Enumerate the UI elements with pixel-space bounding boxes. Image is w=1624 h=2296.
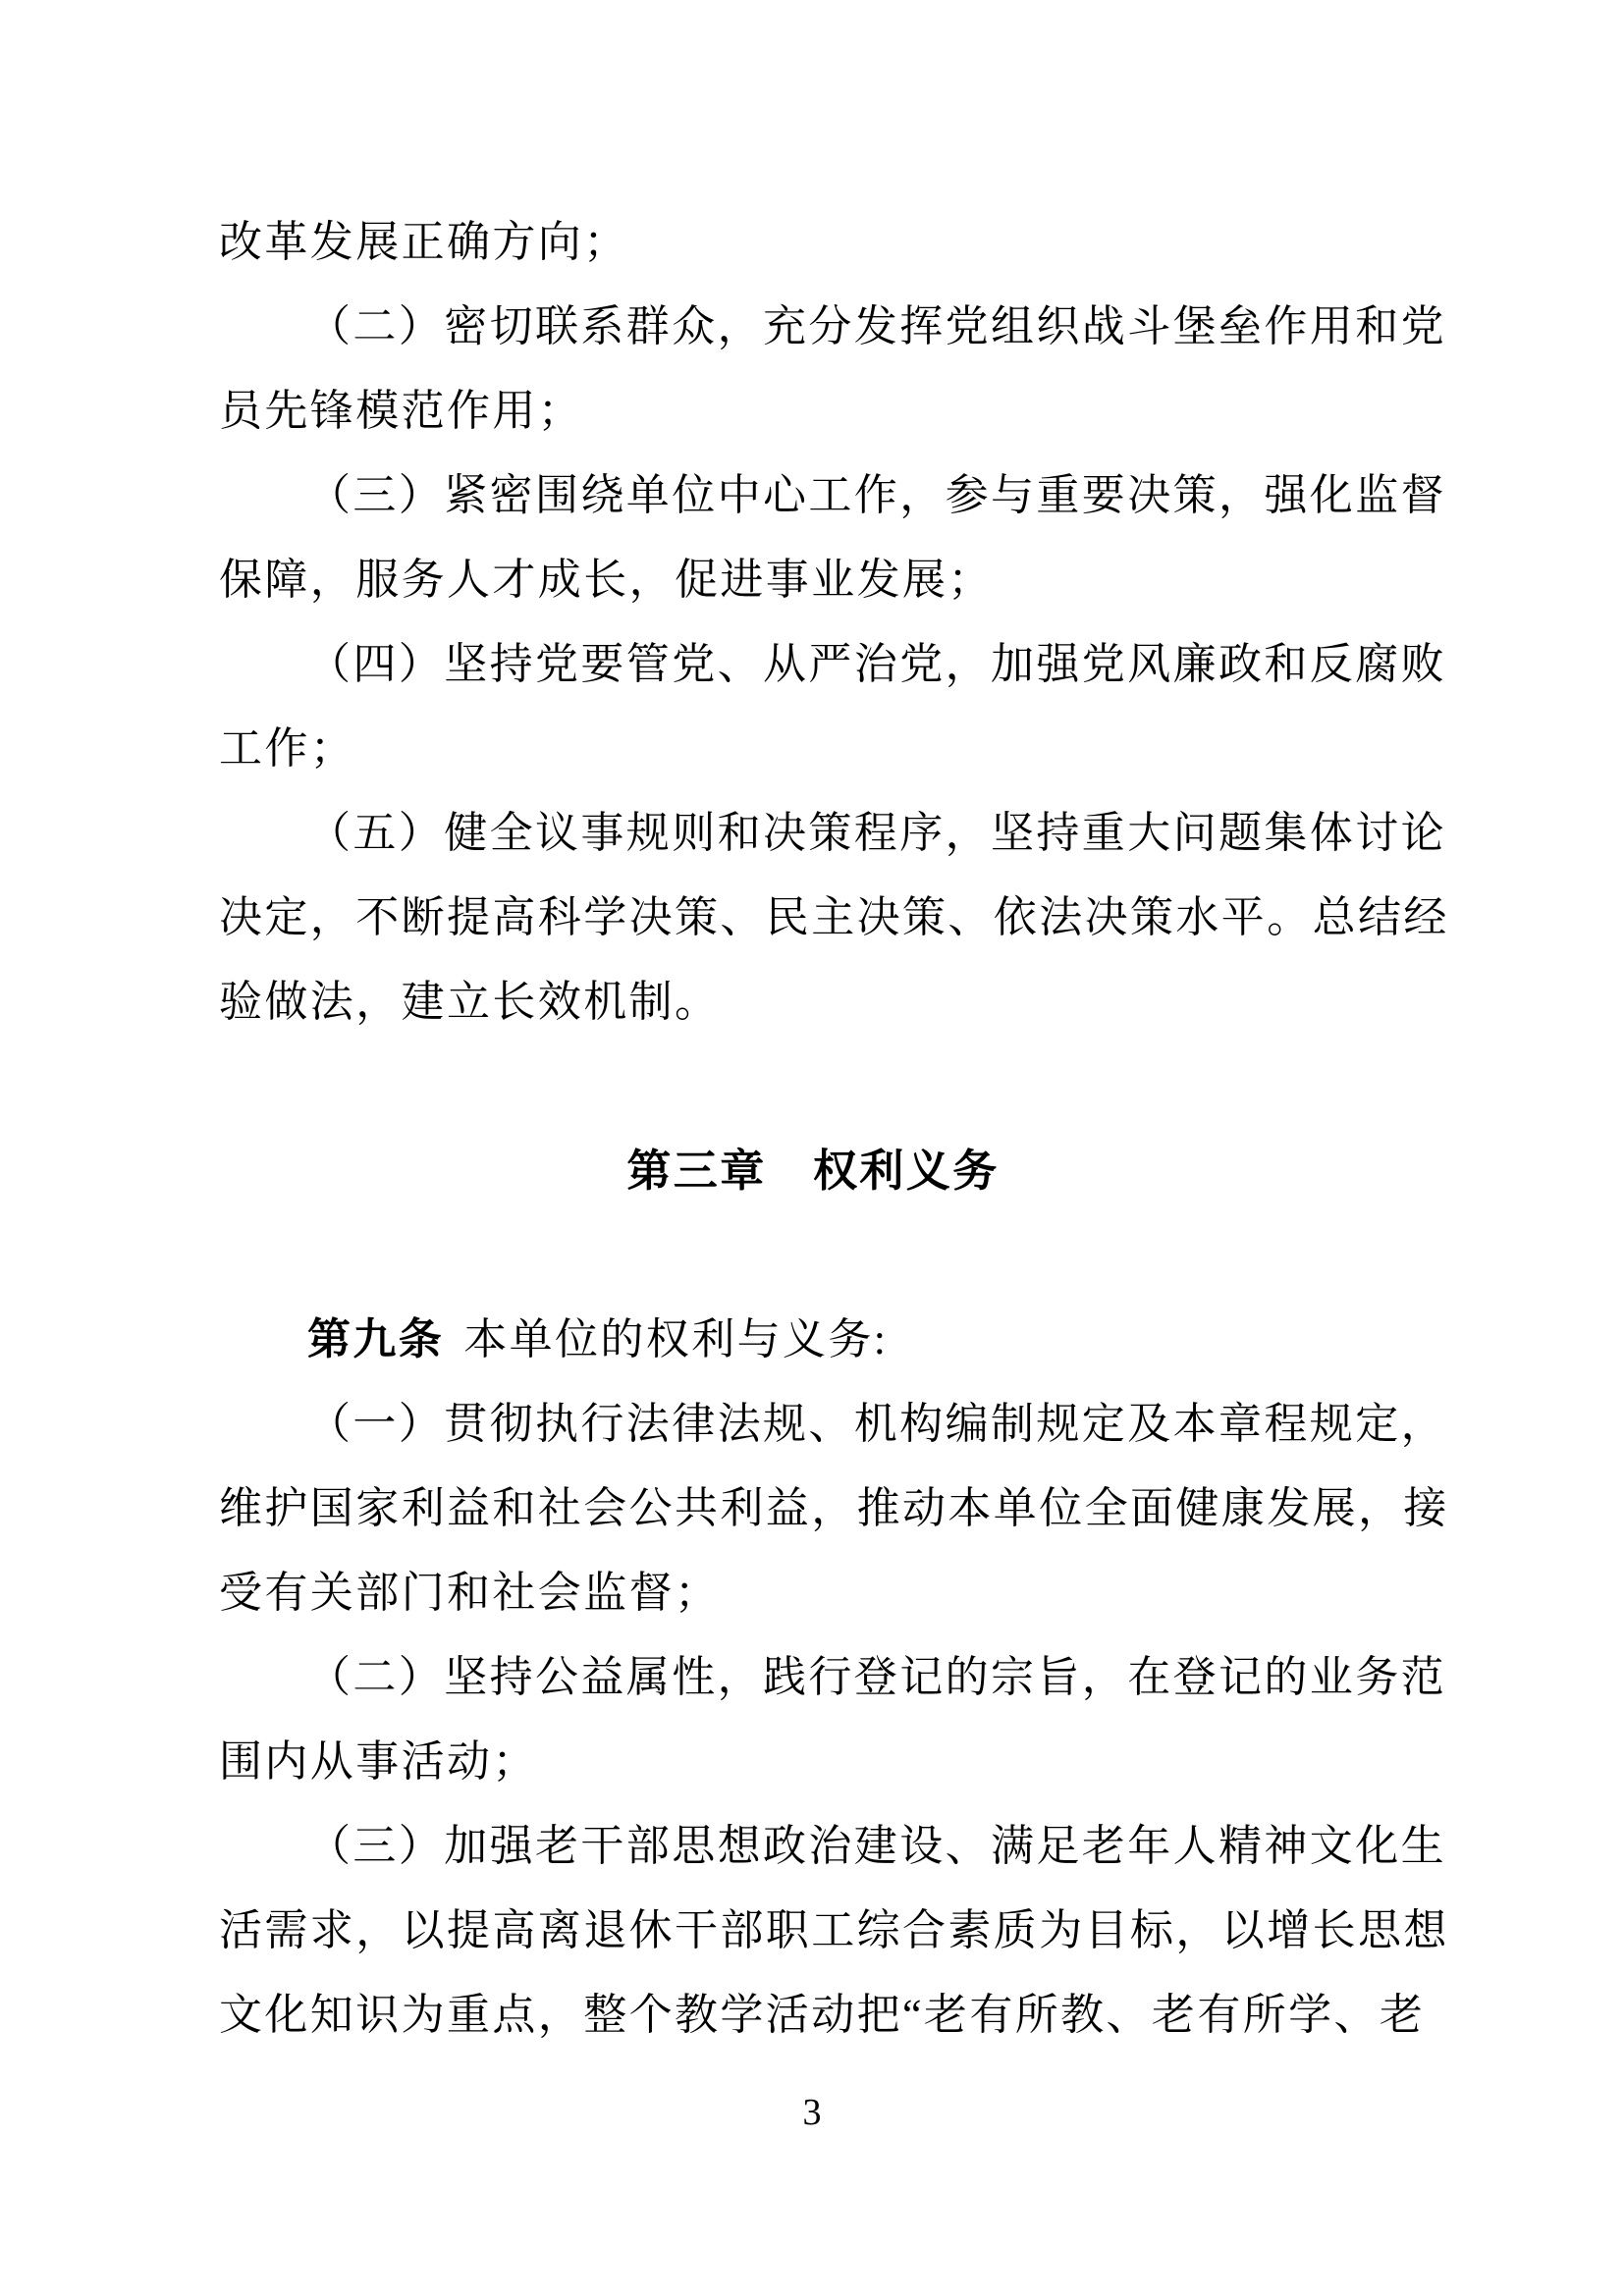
body-text-line: （二）坚持公益属性，践行登记的宗旨，在登记的业务范 [219,1635,1407,1720]
body-text-line: （三）加强老干部思想政治建设、满足老年人精神文化生 [219,1804,1407,1889]
body-text-line: 改革发展正确方向； [219,200,1407,285]
body-text-line: 维护国家利益和社会公共利益，推动本单位全面健康发展，接 [219,1467,1407,1551]
body-text-line: （一）贯彻执行法律法规、机构编制规定及本章程规定， [219,1382,1407,1467]
article-number: 第九条 [307,1315,444,1363]
body-text-line: （四）坚持党要管党、从严治党，加强党风廉政和反腐败 [219,622,1407,707]
blank-line [219,1213,1407,1298]
page-number: 3 [0,2091,1624,2134]
body-text-line: 围内从事活动； [219,1720,1407,1804]
document-body: 改革发展正确方向； （二）密切联系群众，充分发挥党组织战斗堡垒作用和党 员先锋模… [219,200,1407,2057]
body-text-line: 保障，服务人才成长，促进事业发展； [219,538,1407,622]
chapter-heading: 第三章 权利义务 [219,1129,1407,1213]
body-text-line: 验做法，建立长效机制。 [219,960,1407,1044]
body-text-line: （五）健全议事规则和决策程序，坚持重大问题集体讨论 [219,791,1407,876]
blank-line [219,1044,1407,1129]
body-text-line: （二）密切联系群众，充分发挥党组织战斗堡垒作用和党 [219,285,1407,369]
document-page: 改革发展正确方向； （二）密切联系群众，充分发挥党组织战斗堡垒作用和党 员先锋模… [0,0,1624,2296]
body-text-line: 决定，不断提高科学决策、民主决策、依法决策水平。总结经 [219,876,1407,960]
article-text: 本单位的权利与义务: [463,1315,888,1363]
body-text-line: 活需求，以提高离退休干部职工综合素质为目标，以增长思想 [219,1889,1407,1973]
body-text-line: （三）紧密围绕单位中心工作，参与重要决策，强化监督 [219,454,1407,538]
body-text-line: 员先锋模范作用； [219,369,1407,454]
body-text-line: 受有关部门和社会监督； [219,1551,1407,1635]
article-line: 第九条本单位的权利与义务: [219,1298,1407,1382]
body-text-line: 文化知识为重点，整个教学活动把“老有所教、老有所学、老 [219,1973,1407,2057]
body-text-line: 工作； [219,707,1407,791]
